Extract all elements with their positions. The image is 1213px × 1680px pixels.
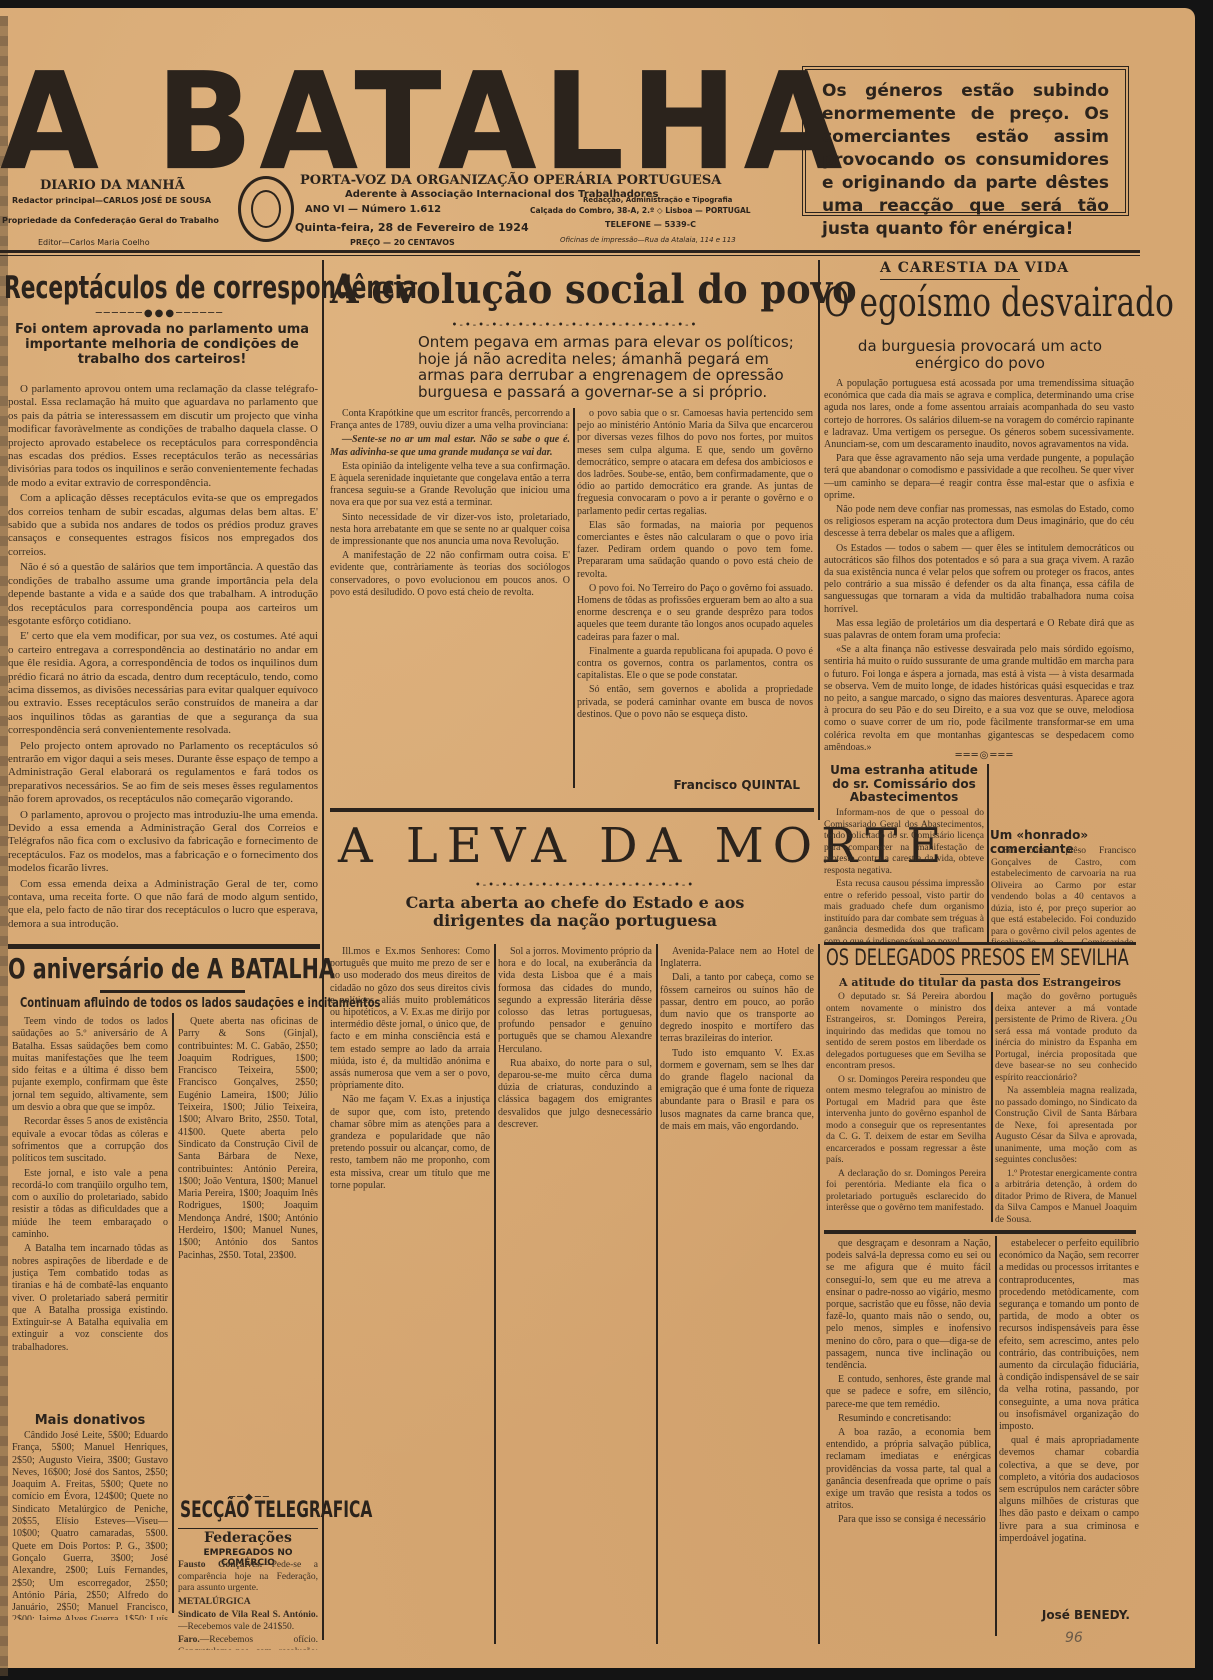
- masthead-issue: ANO VI — Número 1.612: [305, 204, 441, 215]
- paragraph: Esta recusa causou péssima impressão ent…: [824, 879, 984, 942]
- paragraph: Conta Krapótkine que um escritor francês…: [330, 408, 570, 432]
- paragraph: Avenida-Palace nem ao Hotel de Inglaterr…: [660, 946, 814, 970]
- telegraph-item: Fausto Gonçalves.—Pede-se a comparência …: [178, 1560, 318, 1595]
- article-body-leva-2: Sol a jorros. Movimento próprio da hora …: [498, 946, 652, 1626]
- masthead-portavoz: PORTA-VOZ DA ORGANIZAÇÃO OPERÁRIA PORTUG…: [300, 173, 721, 188]
- ornament-rule: [100, 990, 245, 993]
- paragraph: Recordar êsses 5 anos de existência equi…: [12, 1116, 168, 1165]
- paragraph: o povo sabia que o sr. Camoesas havia pe…: [577, 408, 813, 518]
- paragraph: «Se a alta finança não estivesse desvair…: [824, 644, 1134, 754]
- paragraph: Não me façam V. Ex.as a injustiça de sup…: [330, 1094, 490, 1192]
- headline-evolucao: A evolução social do povo: [330, 266, 857, 313]
- telegraph-item: Sindicato de Vila Real S. António.—Receb…: [178, 1610, 318, 1633]
- paragraph: Com essa emenda deixa a Administração Ge…: [8, 878, 318, 928]
- subhead-leva-da-morte: Carta aberta ao chefe do Estado e aos di…: [360, 894, 790, 930]
- masthead-tagline: DIARIO DA MANHÃ: [40, 178, 185, 193]
- paragraph: Sinto necessidade de vir dizer-vos isto,…: [330, 512, 570, 549]
- seal-emblem-icon: [238, 176, 294, 242]
- section-federacoes: Federações: [178, 1530, 318, 1546]
- column-rule: [818, 944, 820, 1644]
- paragraph: Esta opinião da inteligente velha teve a…: [330, 461, 570, 510]
- paragraph: Finalmente a guarda republicana foi apup…: [577, 646, 813, 683]
- masthead-editor: Editor—Carlos Maria Coelho: [38, 238, 150, 247]
- ornament-divider: ═══◎═══: [930, 750, 1040, 761]
- paragraph: O parlamento aprovou ontem uma reclamaçã…: [8, 383, 318, 490]
- paragraph: Elas são formadas, na maioria por pequen…: [577, 520, 813, 581]
- ornament-divider: •-•-•-•-•-•-•-•-•-•-•-•-•-•-•-•-•-•-•: [440, 320, 710, 331]
- article-body-comissario: Informam-nos de que o pessoal do Comissa…: [824, 808, 984, 942]
- masthead-rule: [0, 250, 1140, 253]
- subhead-receptaculos: Foi ontem aprovada no parlamento uma imp…: [6, 322, 318, 367]
- masthead-telephone: TELEFONE — 5339-C: [605, 220, 696, 229]
- headline-aniversario: O aniversário de A BATALHA: [8, 952, 335, 985]
- donations-list: Cândido José Leite, 5$00; Eduardo França…: [12, 1430, 168, 1620]
- paragraph: Teem vindo de todos os lados saüdações a…: [12, 1016, 168, 1114]
- article-body-evolucao-1: Conta Krapótkine que um escritor francês…: [330, 408, 570, 788]
- masthead-address: Calçada do Combro, 38-A, 2.º ◇ Lisboa — …: [530, 206, 751, 215]
- article-body-sevilha-1: O deputado sr. Sá Pereira abordou ontem …: [826, 992, 986, 1222]
- masthead-oficinas: Oficinas de impressão—Rua da Atalaia, 11…: [560, 236, 736, 244]
- paragraph: O parlamento, aprovou o projecto mas int…: [8, 809, 318, 876]
- paragraph: Sol a jorros. Movimento próprio da hora …: [498, 946, 652, 1056]
- paragraph: A boa razão, a economia bem entendido, a…: [826, 1427, 991, 1512]
- paragraph: A declaração do sr. Domingos Pereira foi…: [826, 1169, 986, 1215]
- paragraph: Não pode nem deve confiar nas promessas,…: [824, 504, 1134, 541]
- masthead-date: Quinta-feira, 28 de Fevereiro de 1924: [295, 221, 529, 234]
- paragraph: Informam-nos de que o pessoal do Comissa…: [824, 808, 984, 877]
- column-rule: [987, 764, 989, 942]
- article-body-receptaculos: O parlamento aprovou ontem uma reclamaçã…: [8, 383, 318, 928]
- masthead-title: A BATALHA: [0, 60, 760, 186]
- paragraph: Na assembleia magna realizada, no passad…: [995, 1086, 1137, 1167]
- paragraph: O sr. Domingos Pereira respondeu que ont…: [826, 1075, 986, 1167]
- paragraph: O povo foi. No Terreiro do Paço o govêrn…: [577, 583, 813, 644]
- section-rule: [330, 808, 814, 812]
- paragraph: Rua abaixo, do norte para o sul, deparou…: [498, 1058, 652, 1131]
- newspaper-page: A BATALHA DIARIO DA MANHÃ Redactor princ…: [0, 8, 1195, 1668]
- paragraph: A população portuguesa está acossada por…: [824, 378, 1134, 451]
- section-rule: [824, 1230, 1136, 1234]
- column-rule: [172, 1013, 174, 1613]
- binding-edge: [0, 16, 8, 1676]
- telegraph-items: Fausto Gonçalves.—Pede-se a comparência …: [178, 1560, 318, 1650]
- masthead-editor-principal: Redactor principal—CARLOS JOSÉ DE SOUSA: [12, 196, 211, 205]
- article-body-sevilha-2: mação do govêrno português deixa antever…: [995, 992, 1137, 1222]
- signature-evolucao: Francisco QUINTAL: [600, 778, 800, 792]
- paragraph: Para que êsse agravamento não seja uma v…: [824, 453, 1134, 502]
- article-body-aniversario: Teem vindo de todos os lados saüdações a…: [12, 1016, 168, 1411]
- subhead-aniversario: Continuam afluindo de todos os lados sau…: [20, 996, 380, 1011]
- notice-box: Os géneros estão subindo enormemente de …: [802, 66, 1129, 216]
- subhead-egoismo: da burguesia provocará um acto enérgico …: [830, 338, 1130, 372]
- telegraph-item: METALÚRGICA: [178, 1597, 318, 1609]
- masthead-price: PREÇO — 20 CENTAVOS: [350, 238, 455, 247]
- paragraph: Para que isso se consiga é necessário: [826, 1514, 991, 1526]
- article-body-leva-4: que desgraçam e desonram a Nação, podeis…: [826, 1238, 991, 1628]
- ornament-rule: [940, 974, 1040, 975]
- paragraph: O deputado sr. Sá Pereira abordou ontem …: [826, 992, 986, 1073]
- paragraph: Os Estados — todos o sabem — quer êles s…: [824, 543, 1134, 616]
- paragraph: Pelo projecto ontem aprovado no Parlamen…: [8, 740, 318, 807]
- paragraph: estabelecer o perfeito equilíbrio económ…: [999, 1238, 1139, 1433]
- paragraph: Tudo isto emquanto V. Ex.as dormem e gov…: [660, 1048, 814, 1133]
- article-body-leva-3: Avenida-Palace nem ao Hotel de Inglaterr…: [660, 946, 814, 1626]
- column-rule: [818, 260, 820, 820]
- paragraph: Não é só a questão de salários que tem i…: [8, 561, 318, 628]
- article-body-leva-1: Ill.mos e Ex.mos Senhores: Como portuguê…: [330, 946, 490, 1626]
- signature-leva: José BENEDY.: [1000, 1608, 1130, 1622]
- article-body-leva-5: estabelecer o perfeito equilíbrio económ…: [999, 1238, 1139, 1593]
- article-body-honrado: Foi ontem prêso Francisco Gonçalves de C…: [991, 846, 1136, 942]
- paragraph: Ill.mos e Ex.mos Senhores: Como portuguê…: [330, 946, 490, 1092]
- paragraph: Com a aplicação dêsses receptáculos evit…: [8, 492, 318, 559]
- masthead-rule-thin: [0, 255, 1140, 256]
- paragraph: E' certo que ela vem modificar, por sua …: [8, 630, 318, 737]
- masthead-redaccao: Redacção, Administração e Tipografia: [583, 196, 732, 204]
- subhead-sevilha: A atitude do titular da pasta dos Estran…: [824, 976, 1136, 989]
- section-rule: [824, 942, 1136, 945]
- article-body-egoismo: A população portuguesa está acossada por…: [824, 378, 1134, 756]
- paragraph: mação do govêrno português deixa antever…: [995, 992, 1137, 1084]
- column-rule: [656, 944, 658, 1644]
- paragraph: Mas essa legião de proletários um dia de…: [824, 618, 1134, 642]
- donations-list-2: Quete aberta nas oficinas de Parry & Son…: [178, 1016, 318, 1411]
- paragraph: Só então, sem governos e abolida a propr…: [577, 684, 813, 721]
- paragraph: 1.º Protestar energicamente contra a arb…: [995, 1169, 1137, 1223]
- page-mark: 96: [1065, 1630, 1083, 1646]
- headline-egoismo: O egoísmo desvairado: [824, 280, 1174, 326]
- paragraph: que desgraçam e desonram a Nação, podeis…: [826, 1238, 991, 1372]
- paragraph: Dali, a tanto por cabeça, como se fôssem…: [660, 972, 814, 1045]
- telegraph-item: Faro.—Recebemos ofício. Congratulamo-nos…: [178, 1635, 318, 1650]
- section-rule: [178, 1528, 318, 1529]
- donations-title: Mais donativos: [12, 1413, 168, 1428]
- kicker-carestia: A CARESTIA DA VIDA: [880, 260, 1069, 276]
- paragraph: Resumindo e concretisando:: [826, 1413, 991, 1425]
- paragraph: A Batalha tem incarnado tôdas as nobres …: [12, 1243, 168, 1354]
- masthead-property: Propriedade da Confederação Geral do Tra…: [2, 216, 219, 225]
- column-rule: [991, 992, 993, 1222]
- headline-comissario: Uma estranha atitude do sr. Comissário d…: [824, 764, 984, 805]
- column-rule: [322, 260, 324, 1640]
- paragraph: A manifestação de 22 não confirmam outra…: [330, 550, 570, 599]
- quote: —Sente-se no ar um mal estar. Não se sab…: [330, 434, 570, 458]
- ornament-divider: •-•-•-•-•-•-•-•-•-•-•-•-•-•-•-•-•: [455, 880, 715, 891]
- ornament-divider: ──────●●●──────: [70, 308, 250, 319]
- column-rule: [573, 408, 575, 788]
- subhead-evolucao: Ontem pegava em armas para elevar os pol…: [418, 334, 813, 400]
- paragraph: E contudo, senhores, êste grande mal que…: [826, 1374, 991, 1411]
- paragraph: qual é mais apropriadamente devemos cham…: [999, 1435, 1139, 1545]
- section-rule: [8, 944, 320, 949]
- article-body-evolucao-2: o povo sabia que o sr. Camoesas havia pe…: [577, 408, 813, 760]
- paragraph: Este jornal, e isto vale a pena recordá-…: [12, 1168, 168, 1242]
- column-rule: [995, 1236, 997, 1636]
- column-rule: [494, 944, 496, 1644]
- headline-sevilha: OS DELEGADOS PRESOS EM SEVILHA: [826, 946, 1129, 971]
